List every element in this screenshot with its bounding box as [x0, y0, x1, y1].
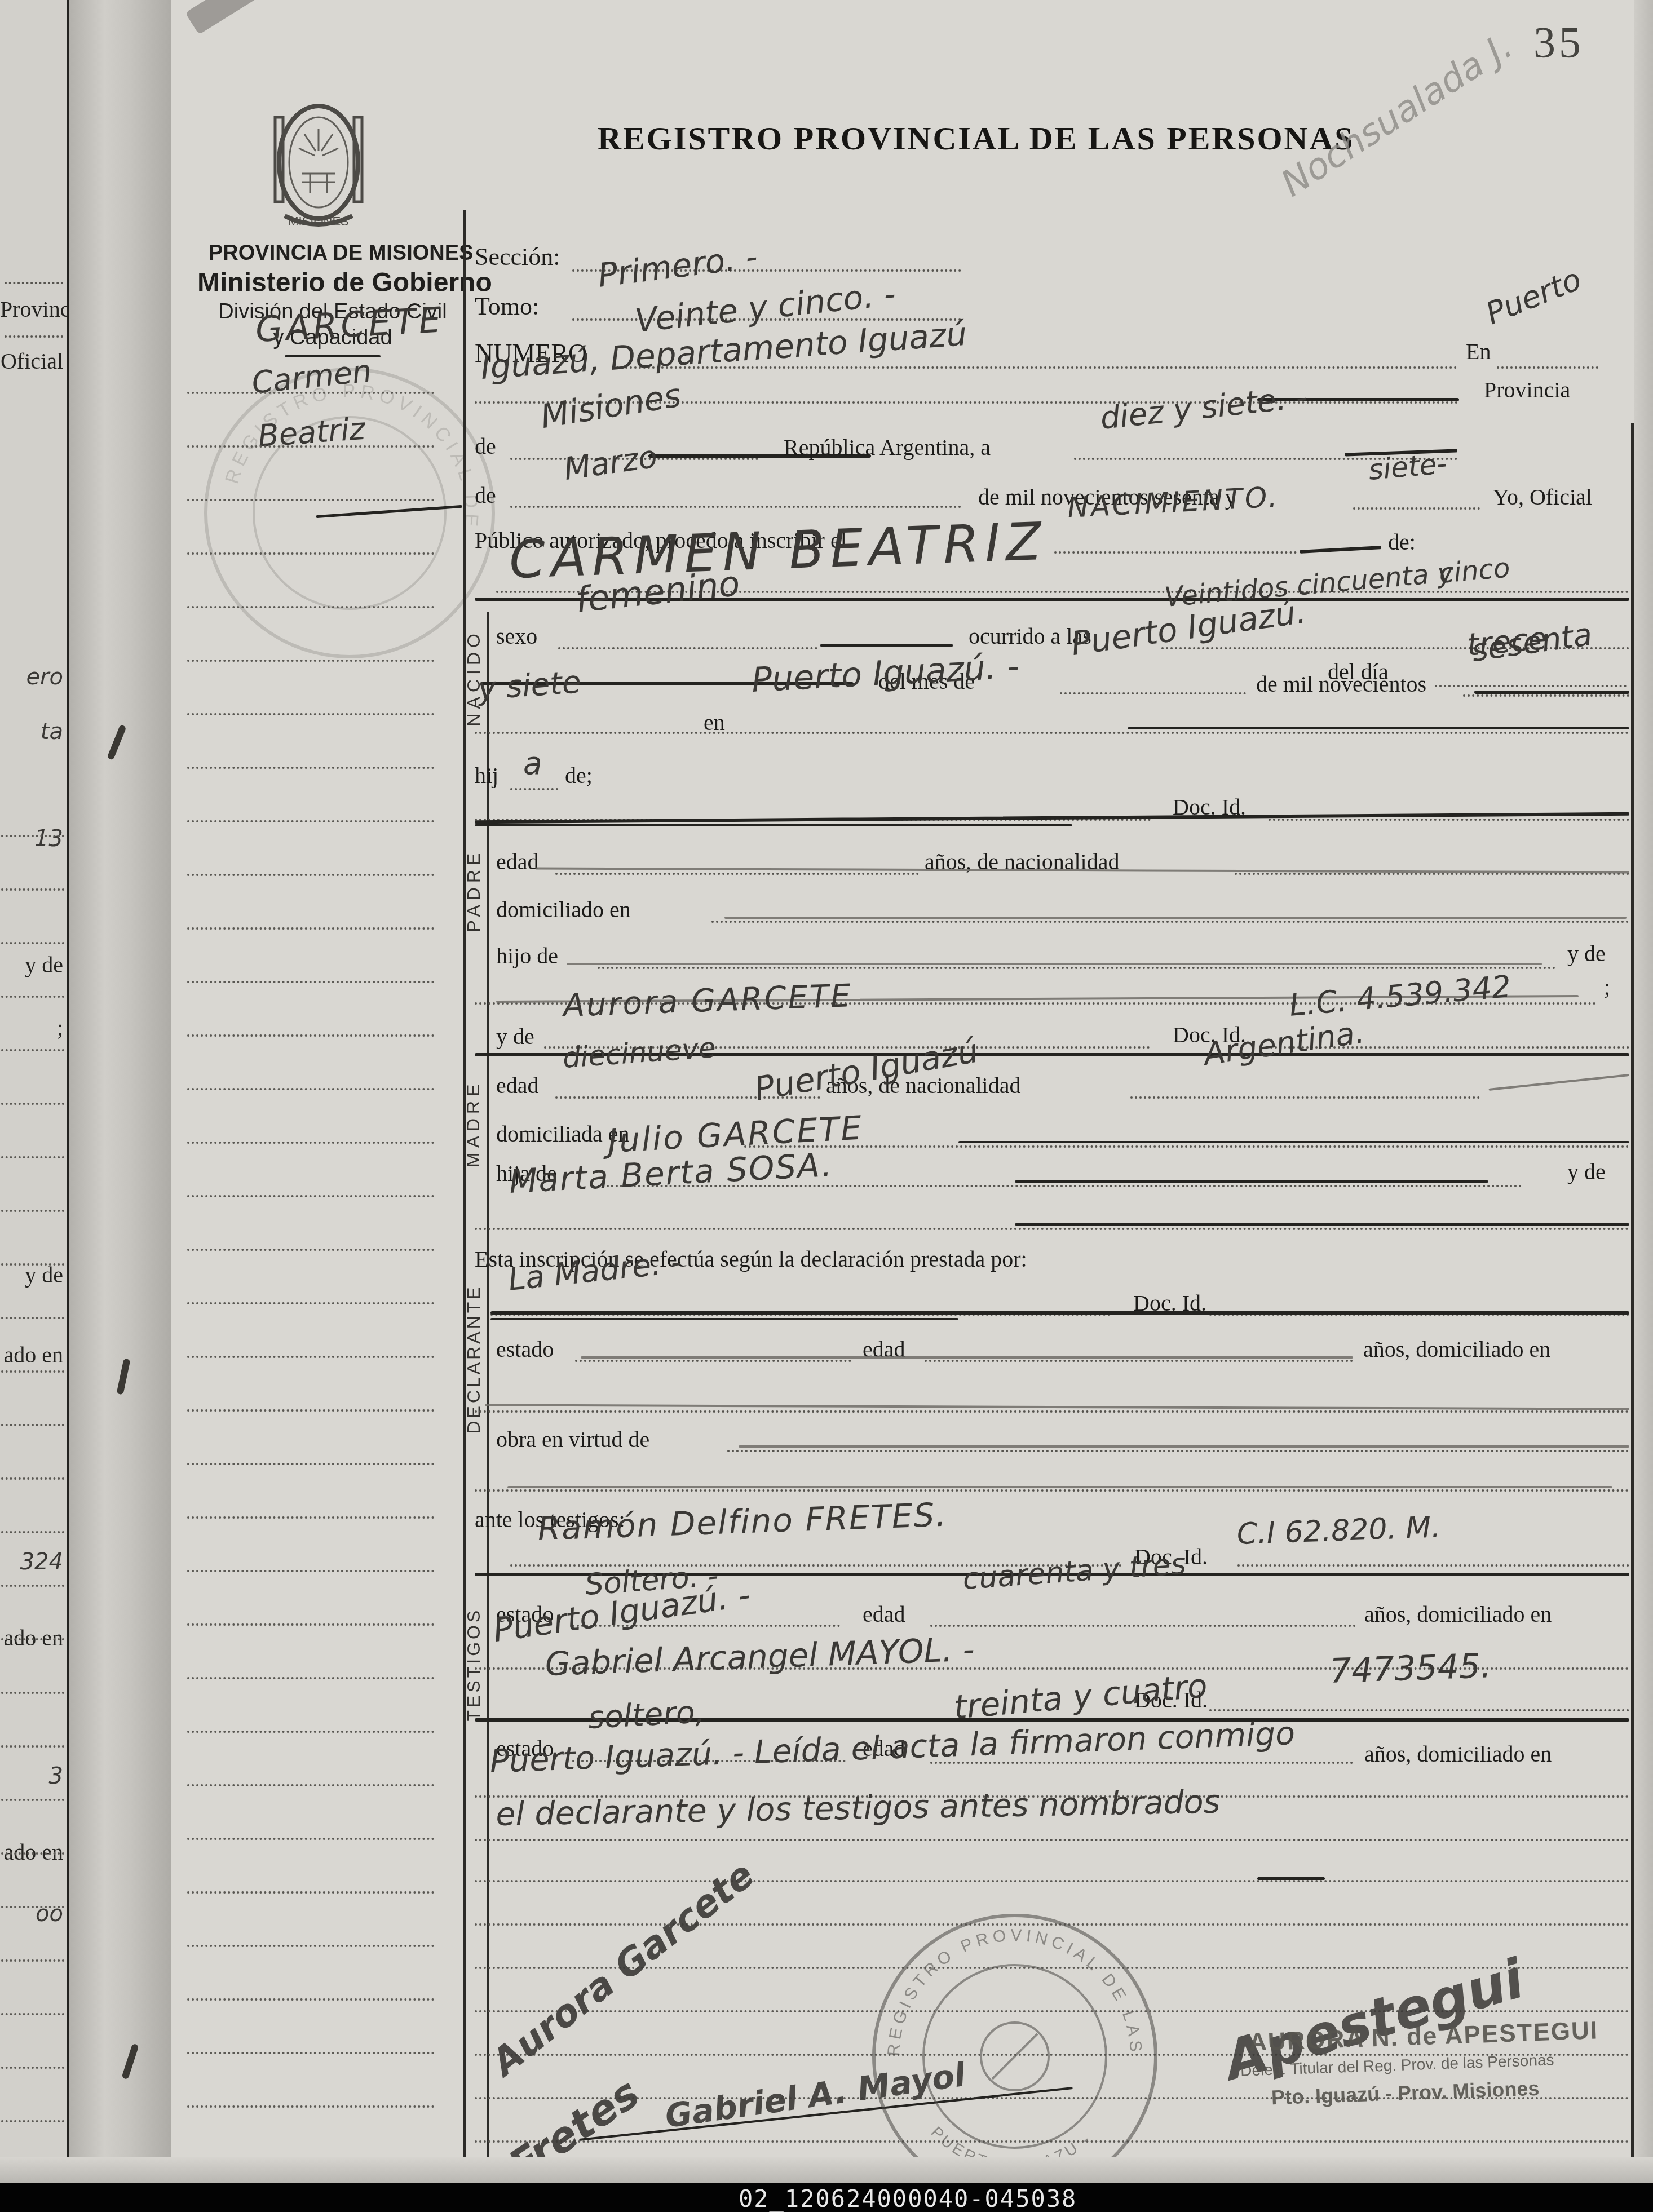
field-line — [1353, 507, 1480, 510]
form-left-border — [463, 210, 466, 2178]
ruled-line — [5, 335, 63, 338]
yo-oficial-label: Yo, Oficial — [1493, 484, 1592, 510]
section-label-testigos: TESTIGOS — [463, 1603, 484, 1722]
madre-y-de-label: y de — [496, 1023, 534, 1050]
field-line — [475, 1489, 1629, 1492]
de-colon-label: de: — [1388, 529, 1416, 555]
field-line — [1435, 685, 1627, 687]
field-line — [727, 1450, 1629, 1452]
prev-fragment: ta — [0, 719, 63, 745]
margin-ruled-lines — [187, 340, 434, 2108]
microfilm-bar: 02_120624000040-045038 — [0, 2183, 1653, 2212]
hijo-fill-value: a — [523, 745, 542, 781]
misiones-coat-of-arms: MISIONES — [265, 95, 372, 236]
declarante-domicilio-label: años, domiciliado en — [1363, 1336, 1550, 1362]
ink-line — [1474, 691, 1629, 694]
page-right-shade — [1634, 0, 1653, 2184]
svg-text:REGISTRO PROVINCIAL DE LAS PER: REGISTRO PROVINCIAL DE LAS PERSONAS — [885, 1926, 1146, 2060]
sexo-label: sexo — [496, 623, 537, 649]
ink-line — [1128, 727, 1629, 729]
ink-line — [958, 1141, 1629, 1143]
field-line — [1463, 694, 1629, 697]
page-number: 35 — [1533, 17, 1584, 68]
field-line — [1130, 1096, 1480, 1099]
binding-stitch — [107, 724, 126, 760]
form-right-border — [1631, 423, 1634, 2179]
madre-edad-label: edad — [496, 1072, 539, 1099]
testigo1-docid-value: C.I 62.820. M. — [1236, 1510, 1441, 1551]
strike-line — [490, 1311, 1629, 1315]
ink-line — [1257, 1877, 1325, 1880]
microfilm-code: 02_120624000040-045038 — [739, 2185, 1077, 2212]
field-line — [930, 1625, 1356, 1627]
testigo2-docid-value: 7473545. — [1329, 1646, 1492, 1691]
field-line — [1269, 819, 1629, 821]
strike-line — [507, 1486, 1612, 1488]
prev-fragment: Provincia — [0, 296, 63, 322]
padre-semicolon: ; — [1604, 974, 1610, 1001]
madre-y-de2-label: y de — [1567, 1158, 1606, 1185]
field-line — [1060, 692, 1246, 694]
page-title: REGISTRO PROVINCIAL DE LAS PERSONAS — [598, 120, 1347, 157]
letterhead-ministry: Ministerio de Gobierno — [197, 267, 468, 298]
field-line — [744, 1145, 1629, 1148]
testigo1-domicilio-label: años, domiciliado en — [1364, 1601, 1552, 1627]
seccion-label: Sección: — [475, 242, 560, 271]
padre-domicilio-label: domiciliado en — [496, 896, 631, 923]
ink-line — [1015, 1223, 1629, 1226]
field-line — [1054, 551, 1297, 554]
binding-stitch — [121, 2043, 139, 2080]
field-line — [475, 732, 1629, 734]
field-line — [711, 921, 1629, 923]
testigo2-estado-value: soltero, — [587, 1693, 706, 1736]
page-bottom-shadow — [0, 2157, 1653, 2183]
book-binding — [69, 0, 171, 2184]
hora-value2: cinco — [1438, 552, 1511, 590]
ink-line — [1015, 1180, 1488, 1183]
tomo-label: Tomo: — [475, 292, 539, 321]
field-line — [575, 1360, 851, 1362]
prev-fragment: Oficial — [0, 348, 63, 374]
scanned-birth-record-page: Provincia Oficial ero ta 13 y de ; y de … — [0, 0, 1653, 2212]
padre-hijo-de-label: hijo de — [496, 943, 558, 969]
strike-line — [567, 963, 1542, 965]
stamp-arc-bottom-text: PUERTO IGUAZU - MISIONES — [927, 2042, 1100, 2174]
strike-line — [724, 917, 1627, 919]
hij-label: hij — [475, 762, 498, 789]
previous-page-edge: Provincia Oficial ero ta 13 y de ; y de … — [0, 0, 69, 2212]
obra-label: obra en virtud de — [496, 1426, 649, 1453]
ruled-line — [5, 282, 63, 284]
binding-stitch — [116, 1358, 130, 1395]
field-line — [475, 1410, 1629, 1413]
strike-line — [739, 1445, 1629, 1448]
strike-line — [475, 824, 1072, 826]
anio-nac2-value: y siete — [477, 663, 582, 707]
field-line — [555, 873, 919, 875]
field-line — [510, 788, 558, 790]
prev-fragment: ero — [0, 664, 63, 690]
anio-value: siete- — [1367, 447, 1448, 486]
field-line — [558, 647, 817, 649]
field-line — [475, 1228, 1629, 1230]
stamp-arc-top-text: REGISTRO PROVINCIAL DE LAS PERSONAS — [885, 1926, 1146, 2060]
de-mil-nov-label: de mil novecientos — [1256, 671, 1426, 697]
svg-text:PUERTO IGUAZU - MISIONES: PUERTO IGUAZU - MISIONES — [927, 2042, 1100, 2174]
emblem-banner-text: MISIONES — [288, 214, 349, 228]
ink-line — [820, 644, 953, 647]
strike-line — [581, 1356, 1353, 1359]
padre-y-de-label: y de — [1567, 940, 1606, 967]
en-label: En — [1466, 338, 1491, 365]
letterhead-province: PROVINCIA DE MISIONES — [209, 241, 457, 266]
testigo2-domicilio-label: años, domiciliado en — [1364, 1741, 1552, 1767]
de2-label: de — [475, 482, 496, 508]
section-label-padre: PADRE — [463, 848, 484, 932]
field-line — [510, 506, 961, 508]
field-line — [1209, 1709, 1629, 1711]
de-semi-label: de; — [565, 762, 593, 789]
section-label-madre: MADRE — [463, 1080, 484, 1167]
field-line — [1237, 1564, 1629, 1567]
republica-label: República Argentina, a — [784, 434, 991, 461]
field-line — [1497, 366, 1598, 369]
prev-page-ruled-lines — [1, 784, 64, 2122]
field-line — [598, 967, 1556, 969]
declarante-estado-label: estado — [496, 1336, 554, 1362]
provincia-label: Provincia — [1484, 377, 1570, 403]
padre-edad-label: edad — [496, 848, 539, 875]
testigo1-edad-label: edad — [863, 1601, 905, 1627]
field-line — [925, 1360, 1353, 1362]
strike-line — [490, 1318, 958, 1320]
de-label: de — [475, 433, 496, 459]
